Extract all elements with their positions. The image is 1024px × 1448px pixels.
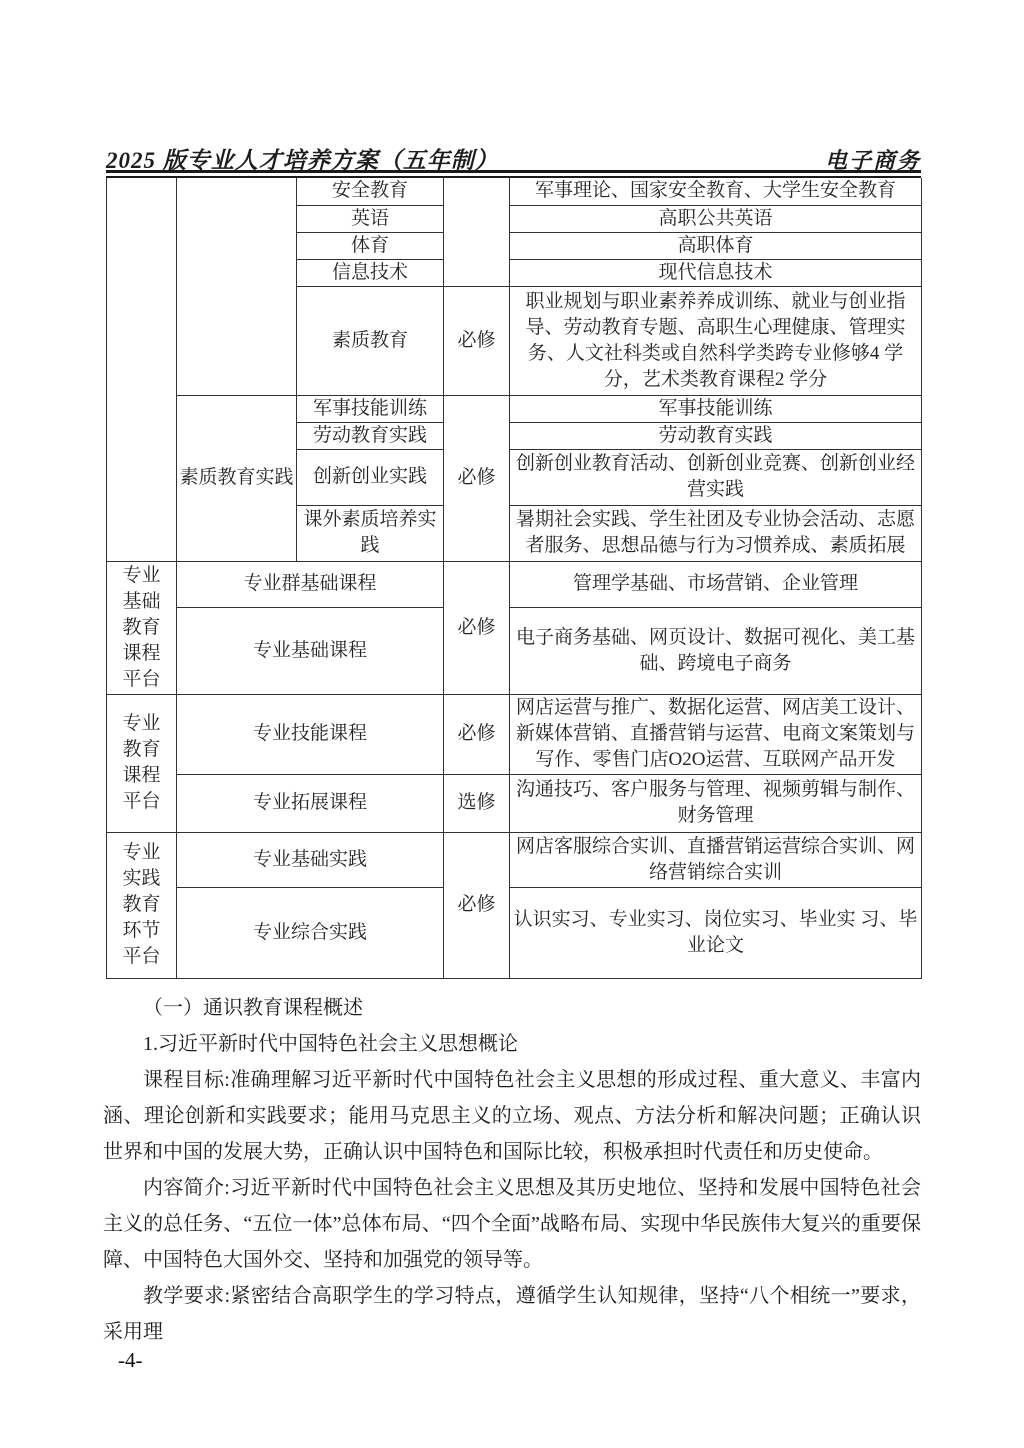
cell-platform: 专业 实践 教育 环节 平台 xyxy=(107,832,177,978)
cell-platform-continued xyxy=(107,178,177,561)
cell-course-type: 专业综合实践 xyxy=(177,887,444,978)
section-heading: （一）通识教育课程概述 xyxy=(103,990,921,1026)
cell-course-type: 英语 xyxy=(297,205,444,232)
cell-course-type: 创新创业实践 xyxy=(297,449,444,505)
cell-platform: 专业 教育 课程 平台 xyxy=(107,694,177,832)
cell-content: 劳动教育实践 xyxy=(510,422,922,449)
cell-course-type: 专业基础课程 xyxy=(177,607,444,694)
cell-content: 创新创业教育活动、创新创业竞赛、创新创业经营实践 xyxy=(510,449,922,505)
cell-content: 认识实习、专业实习、岗位实习、毕业实 习、毕业论文 xyxy=(510,887,922,978)
cell-content: 暑期社会实践、学生社团及专业协会活动、志愿者服务、思想品德与行为习惯养成、素质拓… xyxy=(510,505,922,561)
cell-requirement-empty xyxy=(444,178,510,286)
cell-course-type: 体育 xyxy=(297,232,444,259)
cell-content: 军事理论、国家安全教育、大学生安全教育 xyxy=(510,178,922,205)
table-row: 专业拓展课程 选修 沟通技巧、客户服务与管理、视频剪辑与制作、财务管理 xyxy=(107,774,922,832)
paragraph-course-intro: 内容简介:习近平新时代中国特色社会主义思想及其历史地位、坚持和发展中国特色社会主… xyxy=(103,1170,921,1278)
cell-course-type: 专业拓展课程 xyxy=(177,774,444,832)
table-row: 专业 基础 教育 课程 平台 专业群基础课程 必修 管理学基础、市场营销、企业管… xyxy=(107,561,922,607)
cell-requirement: 必修 xyxy=(444,561,510,694)
cell-content: 高职体育 xyxy=(510,232,922,259)
cell-course-type: 专业群基础课程 xyxy=(177,561,444,607)
cell-requirement: 选修 xyxy=(444,774,510,832)
table-row: 专业综合实践 认识实习、专业实习、岗位实习、毕业实 习、毕业论文 xyxy=(107,887,922,978)
cell-course-type: 素质教育 xyxy=(297,286,444,395)
table-row: 专业基础课程 电子商务基础、网页设计、数据可视化、美工基础、跨境电子商务 xyxy=(107,607,922,694)
cell-requirement: 必修 xyxy=(444,694,510,774)
header-double-rule xyxy=(106,170,921,178)
cell-course-type: 军事技能训练 xyxy=(297,395,444,422)
cell-category-continued xyxy=(177,178,297,395)
cell-course-type: 信息技术 xyxy=(297,259,444,286)
cell-category: 素质教育实践 xyxy=(177,395,297,561)
cell-content: 军事技能训练 xyxy=(510,395,922,422)
cell-course-type: 安全教育 xyxy=(297,178,444,205)
table-row: 素质教育实践 军事技能训练 必修 军事技能训练 xyxy=(107,395,922,422)
cell-course-type: 专业技能课程 xyxy=(177,694,444,774)
cell-content: 高职公共英语 xyxy=(510,205,922,232)
cell-content: 网店客服综合实训、直播营销运营综合实训、网络营销综合实训 xyxy=(510,832,922,887)
curriculum-table: 安全教育 军事理论、国家安全教育、大学生安全教育 英语 高职公共英语 体育 高职… xyxy=(106,178,922,979)
body-text: （一）通识教育课程概述 1.习近平新时代中国特色社会主义思想概论 课程目标:准确… xyxy=(103,990,921,1350)
cell-content: 职业规划与职业素养养成训练、就业与创业指导、劳动教育专题、高职生心理健康、管理实… xyxy=(510,286,922,395)
cell-platform: 专业 基础 教育 课程 平台 xyxy=(107,561,177,694)
course-heading: 1.习近平新时代中国特色社会主义思想概论 xyxy=(103,1026,921,1062)
page-number: -4- xyxy=(118,1348,143,1373)
paragraph-course-goals: 课程目标:准确理解习近平新时代中国特色社会主义思想的形成过程、重大意义、丰富内涵… xyxy=(103,1062,921,1170)
cell-requirement: 必修 xyxy=(444,395,510,561)
paragraph-teaching-requirements: 教学要求:紧密结合高职学生的学习特点，遵循学生认知规律，坚持“八个相统一”要求，… xyxy=(103,1278,921,1350)
cell-course-type: 专业基础实践 xyxy=(177,832,444,887)
table-row: 专业 实践 教育 环节 平台 专业基础实践 必修 网店客服综合实训、直播营销运营… xyxy=(107,832,922,887)
document-page: 2025 版专业人才培养方案（五年制） 电子商务 安全教育 军事理论、国家安全教… xyxy=(0,0,1024,1448)
cell-course-type: 劳动教育实践 xyxy=(297,422,444,449)
cell-course-type: 课外素质培养实践 xyxy=(297,505,444,561)
cell-requirement: 必修 xyxy=(444,286,510,395)
cell-content: 网店运营与推广、数据化运营、网店美工设计、新媒体营销、直播营销与运营、电商文案策… xyxy=(510,694,922,774)
cell-content: 现代信息技术 xyxy=(510,259,922,286)
cell-requirement: 必修 xyxy=(444,832,510,978)
table-row: 安全教育 军事理论、国家安全教育、大学生安全教育 xyxy=(107,178,922,205)
cell-content: 管理学基础、市场营销、企业管理 xyxy=(510,561,922,607)
table-row: 专业 教育 课程 平台 专业技能课程 必修 网店运营与推广、数据化运营、网店美工… xyxy=(107,694,922,774)
cell-content: 沟通技巧、客户服务与管理、视频剪辑与制作、财务管理 xyxy=(510,774,922,832)
cell-content: 电子商务基础、网页设计、数据可视化、美工基础、跨境电子商务 xyxy=(510,607,922,694)
